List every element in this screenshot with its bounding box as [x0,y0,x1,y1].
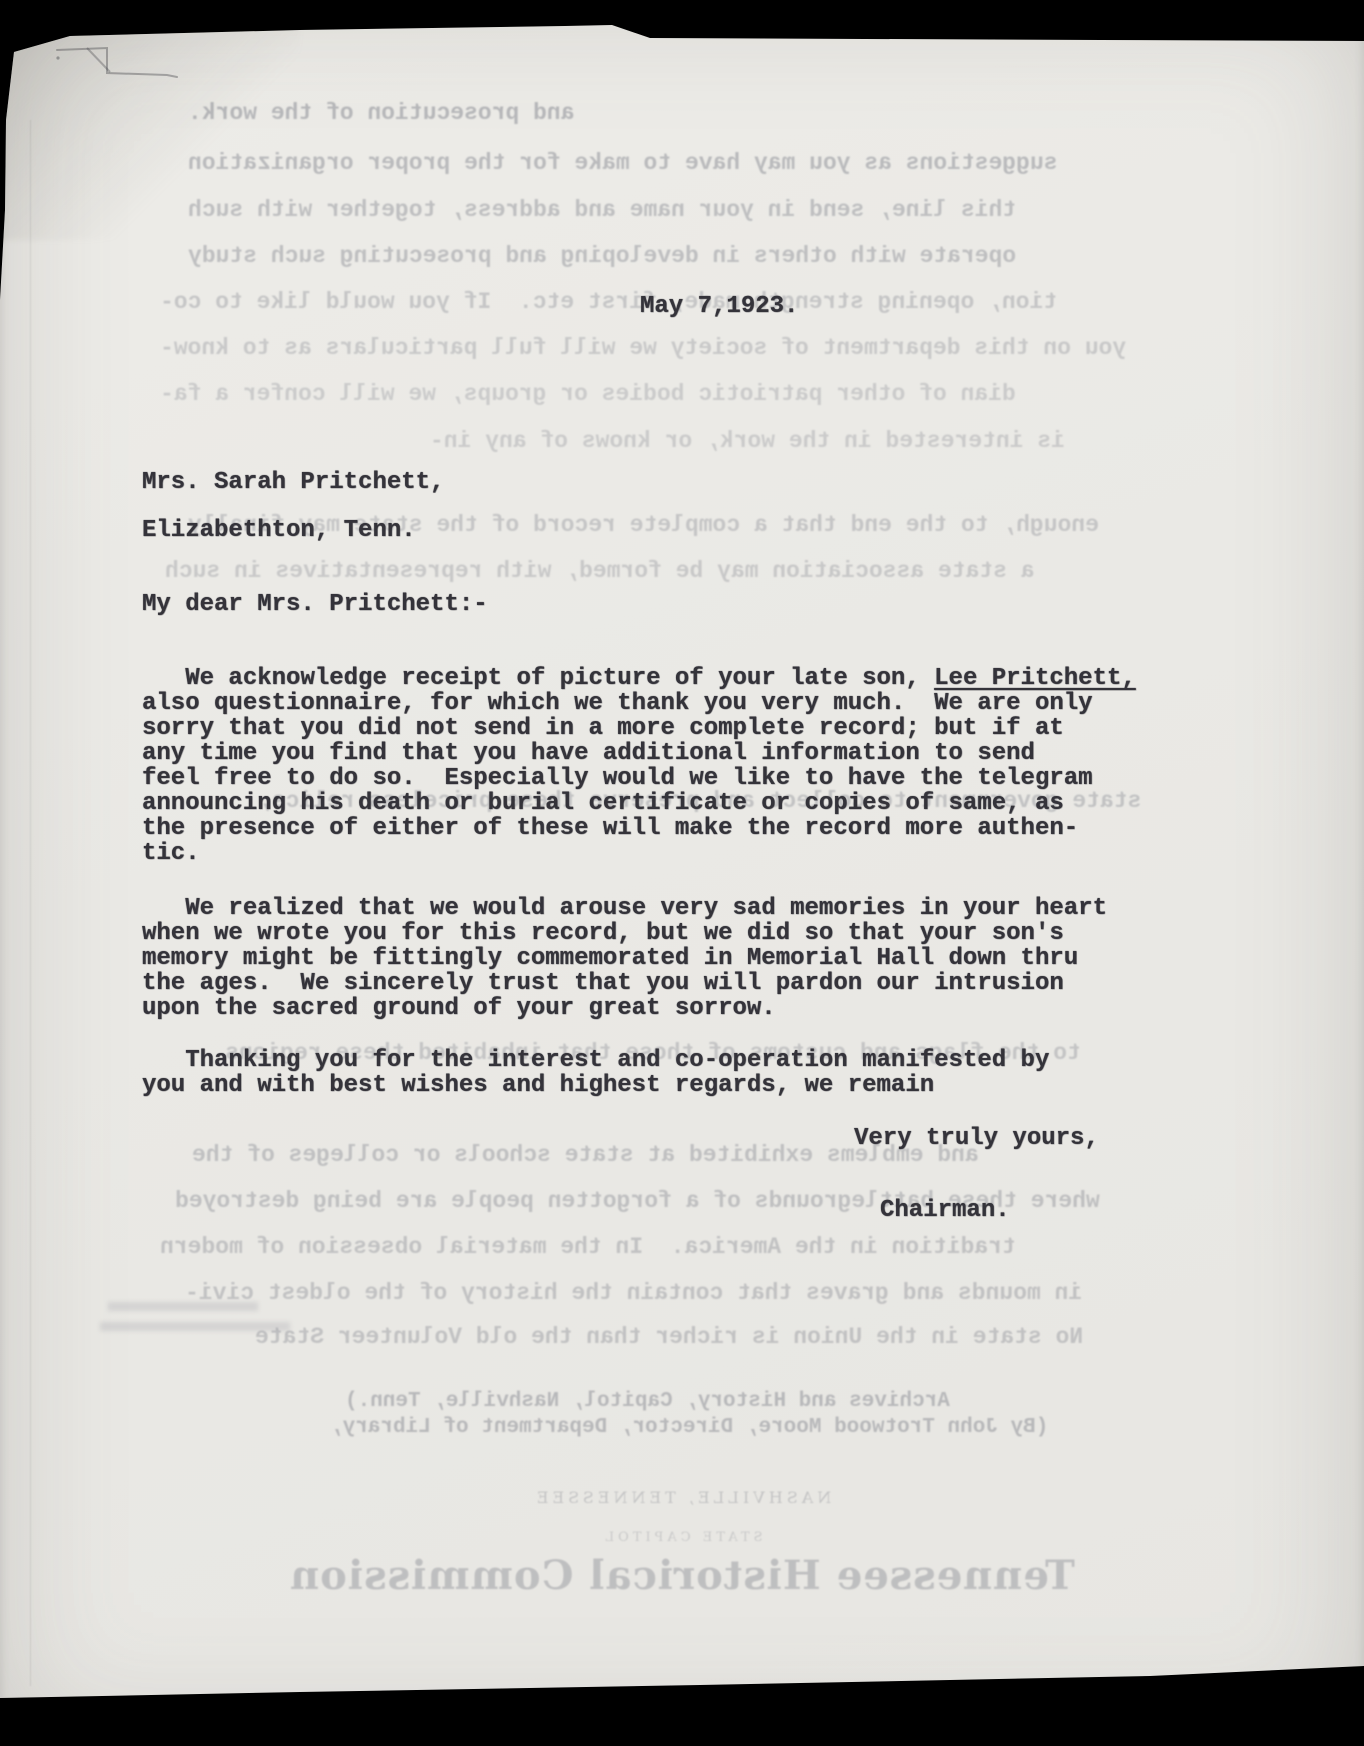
paragraph-1-continued: also questionnaire, for which we thank y… [142,690,1093,867]
bleedthrough-line: suggestions as you may have to make for … [188,150,1058,176]
bleedthrough-line: in mounds and graves that contain the hi… [185,1280,1082,1306]
scanned-letter-page: and prosecution of the work.suggestions … [0,0,1364,1746]
bleedthrough-line: you on this department of society we wil… [160,335,1126,361]
recipient-name: Mrs. Sarah Pritchett, [142,470,444,495]
bleedthrough-line: Archives and History, Capitol, Nashville… [345,1390,950,1413]
bleedthrough-line: tradition in the America. In the materia… [160,1234,1016,1260]
bleedthrough-line: (By John Trotwood Moore, Director, Depar… [330,1416,1048,1439]
bleedthrough-line: STATE CAPITOL [0,1530,1364,1545]
paragraph-1-text: We acknowledge receipt of picture of you… [142,665,934,692]
bleedthrough-line: is interested in the work, or knows of a… [430,428,1065,454]
faint-stamp-smudge [108,1302,258,1311]
bleedthrough-line: tion, opening strength made, first etc. … [160,289,1057,315]
bleedthrough-line: and prosecution of the work. [188,100,574,126]
letter-date: May 7,1923. [640,294,798,319]
salutation: My dear Mrs. Pritchett:- [142,592,488,617]
bleedthrough-line: Tennessee Historical Commission [0,1552,1364,1599]
paper-sheet: and prosecution of the work.suggestions … [0,0,1364,1746]
faint-stamp-smudge [100,1322,290,1331]
bleedthrough-line: dian of other patriotic bodies or groups… [160,381,1016,407]
bleedthrough-line: NASHVILLE, TENNESSEE [0,1488,1364,1507]
recipient-city: Elizabethton, Tenn. [142,518,416,543]
vertical-crease [30,120,31,1686]
paragraph-2: We realized that we would arouse very sa… [142,896,1172,1021]
underlined-name: Lee Pritchett, [934,665,1136,692]
paragraph-3: Thanking you for the interest and co-ope… [142,1048,1172,1098]
bleedthrough-line: operate with others in developing and pr… [188,243,1016,269]
closing: Very truly yours, [854,1126,1099,1151]
bleedthrough-line: a state association may be formed, with … [165,558,1035,584]
paragraph-1: We acknowledge receipt of picture of you… [142,666,1172,866]
bleedthrough-line: No state in the Union is richer than the… [255,1324,1083,1350]
signature-title: Chairman. [880,1198,1010,1223]
bleedthrough-line: this line, send in your name and address… [188,197,1016,223]
